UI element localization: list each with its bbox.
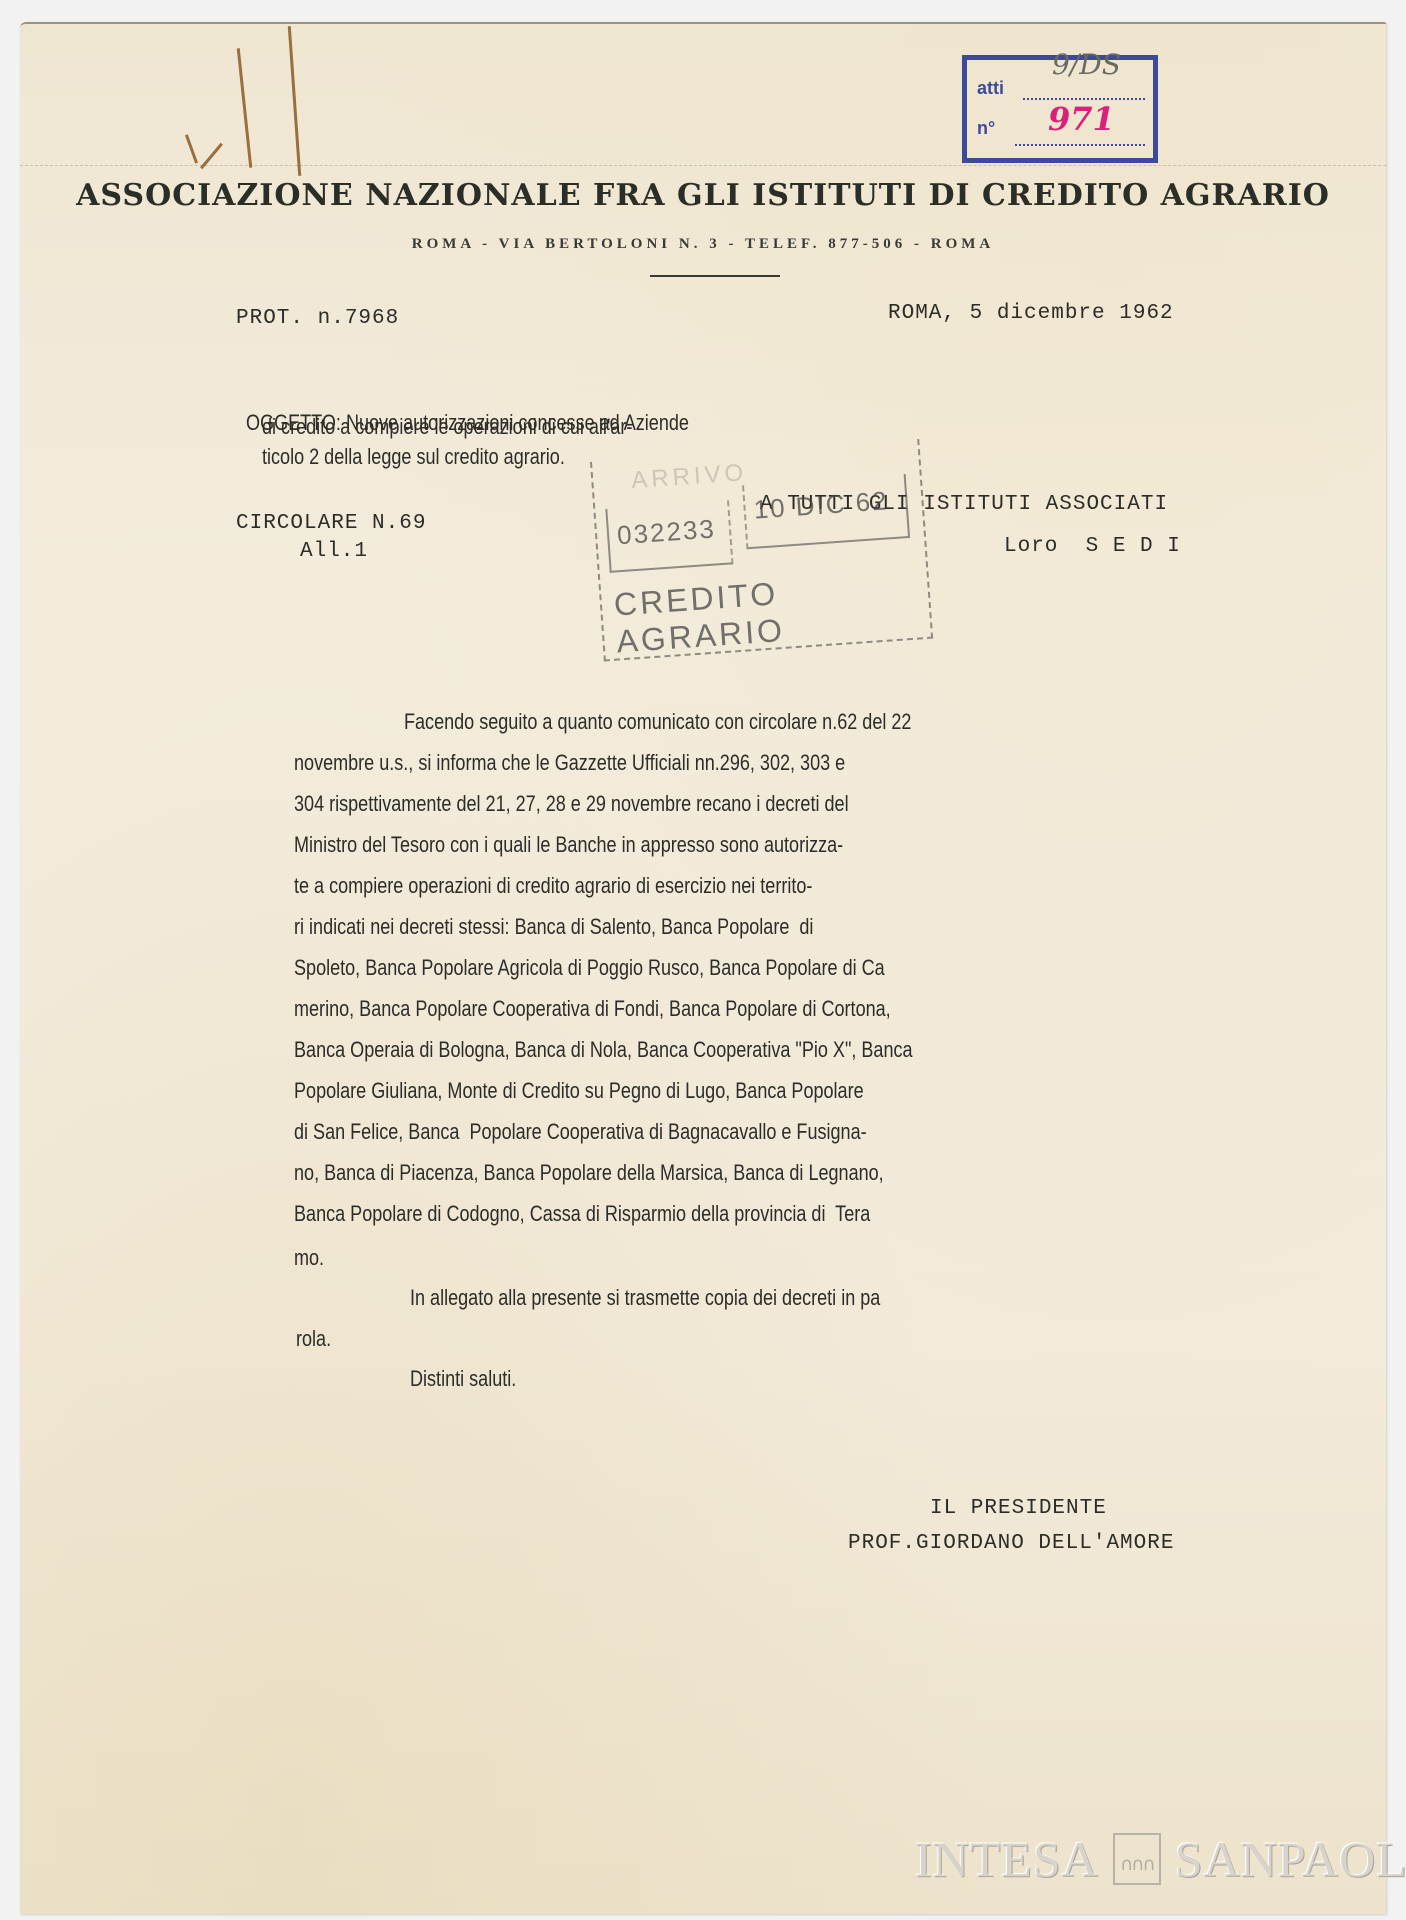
number-label: n° — [977, 118, 995, 139]
circular-number: CIRCOLARE N.69 — [236, 512, 426, 535]
signature-title: IL PRESIDENTE — [930, 1497, 1107, 1520]
atti-label: atti — [977, 78, 1004, 99]
letterhead-address: ROMA - VIA BERTOLONI N. 3 - TELEF. 877-5… — [0, 236, 1406, 253]
body-line: Banca Popolare di Codogno, Cassa di Risp… — [294, 1201, 870, 1227]
letterhead-title: ASSOCIAZIONE NAZIONALE FRA GLI ISTITUTI … — [0, 178, 1406, 213]
body-line: 304 rispettivamente del 21, 27, 28 e 29 … — [294, 791, 849, 817]
body-line: merino, Banca Popolare Cooperativa di Fo… — [294, 996, 891, 1022]
watermark-left-text: INTESA — [915, 1830, 1099, 1888]
body-line: rola. — [296, 1326, 331, 1352]
signature-name: PROF.GIORDANO DELL'AMORE — [848, 1532, 1174, 1555]
atti-handwritten-value: 9/DS — [1052, 48, 1121, 81]
body-line: no, Banca di Piacenza, Banca Popolare de… — [294, 1160, 884, 1186]
body-line: Spoleto, Banca Popolare Agricola di Pogg… — [294, 955, 885, 981]
subject-line-3: ticolo 2 della legge sul credito agrario… — [262, 444, 565, 470]
intesa-sanpaolo-watermark: INTESA ∩∩∩ SANPAOLO — [915, 1824, 1406, 1894]
body-line: novembre u.s., si informa che le Gazzett… — [294, 750, 845, 776]
bridge-logo-icon: ∩∩∩ — [1113, 1833, 1161, 1885]
body-line: ri indicati nei decreti stessi: Banca di… — [294, 914, 813, 940]
body-line: In allegato alla presente si trasmette c… — [410, 1285, 880, 1311]
recipient-line-2: Loro S E D I — [1004, 535, 1181, 558]
letterhead-divider — [650, 275, 780, 277]
fold-line — [20, 165, 1386, 166]
place-date: ROMA, 5 dicembre 1962 — [888, 302, 1174, 325]
body-line: mo. — [294, 1245, 324, 1271]
body-line: di San Felice, Banca Popolare Cooperativ… — [294, 1119, 867, 1145]
body-line: Facendo seguito a quanto comunicato con … — [404, 709, 911, 735]
subject-line-2: di credito a compiere le operazioni di c… — [262, 414, 632, 440]
protocol-number: PROT. n.7968 — [236, 307, 399, 330]
watermark-right-text: SANPAOLO — [1175, 1830, 1406, 1888]
number-handwritten-value: 971 — [1048, 100, 1115, 138]
received-stamp: ARRIVO 032233 10 DIC 62 CREDITO AGRARIO — [590, 439, 933, 662]
closing-salutation: Distinti saluti. — [410, 1366, 516, 1392]
body-line: Ministro del Tesoro con i quali le Banch… — [294, 832, 843, 858]
body-line: te a compiere operazioni di credito agra… — [294, 873, 812, 899]
attachment-count: All.1 — [300, 540, 368, 563]
body-line: Popolare Giuliana, Monte di Credito su P… — [294, 1078, 864, 1104]
number-dotted-line — [1015, 144, 1145, 146]
body-line: Banca Operaia di Bologna, Banca di Nola,… — [294, 1037, 913, 1063]
